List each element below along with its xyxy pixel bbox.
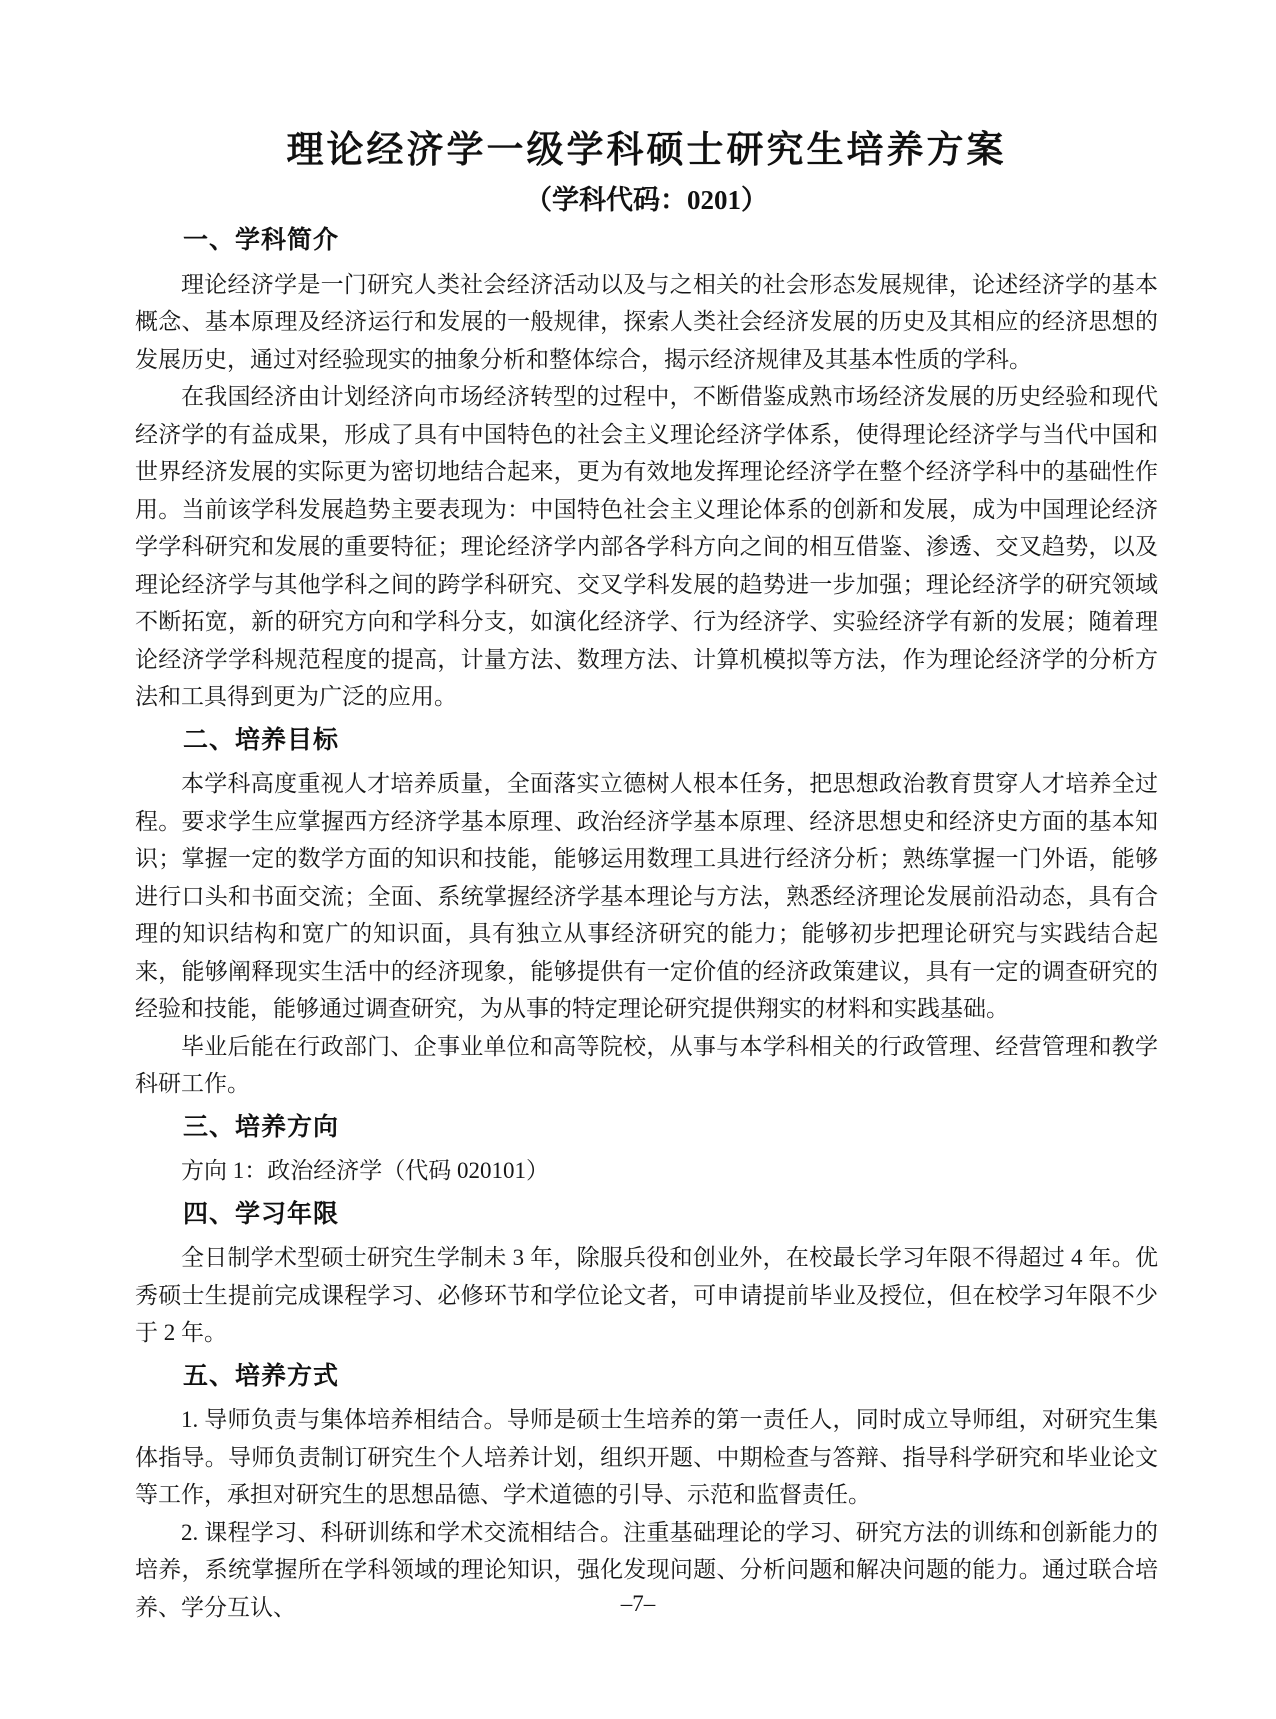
paragraph: 方向 1：政治经济学（代码 020101） [135, 1152, 1158, 1190]
section-training-goals: 二、培养目标 本学科高度重视人才培养质量，全面落实立德树人根本任务，把思想政治教… [135, 722, 1158, 1103]
document-subtitle: （学科代码：0201） [135, 184, 1158, 216]
section-heading-training-directions: 三、培养方向 [183, 1109, 1158, 1147]
paragraph: 在我国经济由计划经济向市场经济转型的过程中，不断借鉴成熟市场经济发展的历史经验和… [135, 378, 1158, 716]
section-training-directions: 三、培养方向 方向 1：政治经济学（代码 020101） [135, 1109, 1158, 1190]
section-heading-training-goals: 二、培养目标 [183, 722, 1158, 760]
document-title: 理论经济学一级学科硕士研究生培养方案 [135, 126, 1158, 174]
section-training-methods: 五、培养方式 1. 导师负责与集体培养相结合。导师是硕士生培养的第一责任人，同时… [135, 1358, 1158, 1627]
page-number: –7– [0, 1590, 1276, 1618]
paragraph: 理论经济学是一门研究人类社会经济活动以及与之相关的社会形态发展规律，论述经济学的… [135, 266, 1158, 379]
document-page: 理论经济学一级学科硕士研究生培养方案 （学科代码：0201） 一、学科简介 理论… [0, 0, 1276, 1719]
paragraph: 1. 导师负责与集体培养相结合。导师是硕士生培养的第一责任人，同时成立导师组，对… [135, 1401, 1158, 1514]
section-study-duration: 四、学习年限 全日制学术型硕士研究生学制未 3 年，除服兵役和创业外，在校最长学… [135, 1196, 1158, 1352]
paragraph: 毕业后能在行政部门、企事业单位和高等院校，从事与本学科相关的行政管理、经营管理和… [135, 1028, 1158, 1103]
paragraph: 全日制学术型硕士研究生学制未 3 年，除服兵役和创业外，在校最长学习年限不得超过… [135, 1239, 1158, 1352]
section-heading-training-methods: 五、培养方式 [183, 1358, 1158, 1396]
section-heading-discipline-intro: 一、学科简介 [183, 222, 1158, 260]
section-heading-study-duration: 四、学习年限 [183, 1196, 1158, 1234]
paragraph: 本学科高度重视人才培养质量，全面落实立德树人根本任务，把思想政治教育贯穿人才培养… [135, 765, 1158, 1028]
section-discipline-intro: 一、学科简介 理论经济学是一门研究人类社会经济活动以及与之相关的社会形态发展规律… [135, 222, 1158, 716]
document-content: 理论经济学一级学科硕士研究生培养方案 （学科代码：0201） 一、学科简介 理论… [135, 0, 1158, 1626]
